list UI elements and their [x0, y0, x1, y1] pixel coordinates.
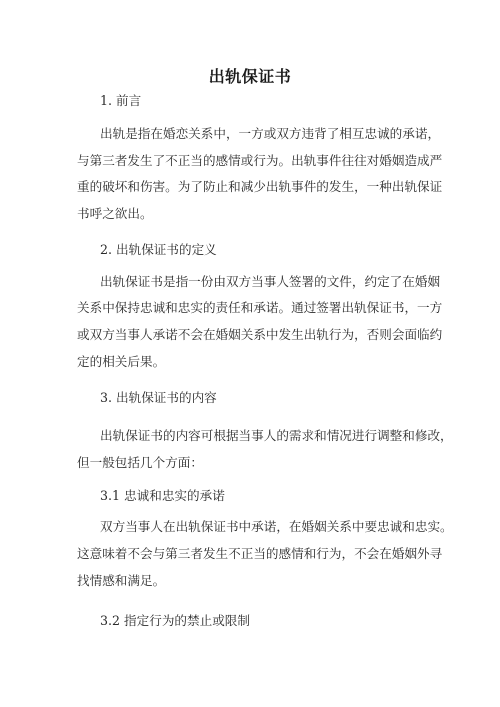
paragraph-line: 定的相关后果。: [77, 354, 165, 370]
section-heading-content: 3. 出轨保证书的内容: [100, 390, 217, 406]
section-heading-definition: 2. 出轨保证书的定义: [100, 242, 217, 258]
document-page: 出轨保证书 1. 前言 出轨是指在婚恋关系中，一方或双方违背了相互忠诚的承诺， …: [0, 0, 500, 707]
subsection-heading-restrictions: 3.2 指定行为的禁止或限制: [100, 613, 250, 629]
paragraph-line: 找情感和满足。: [77, 573, 165, 589]
paragraph-line: 出轨是指在婚恋关系中，一方或双方违背了相互忠诚的承诺，: [100, 126, 440, 142]
paragraph-line: 这意味着不会与第三者发生不正当的感情和行为，不会在婚姻外寻: [77, 546, 442, 562]
paragraph-line: 出轨保证书是指一份由双方当事人签署的文件，约定了在婚姻: [100, 274, 440, 290]
document-title: 出轨保证书: [0, 64, 500, 87]
paragraph-line: 但一般包括几个方面：: [77, 455, 203, 471]
paragraph-line: 出轨保证书的内容可根据当事人的需求和情况进行调整和修改，: [100, 428, 453, 444]
paragraph-line: 书呼之欲出。: [77, 206, 153, 222]
paragraph-line: 双方当事人在出轨保证书中承诺，在婚姻关系中要忠诚和忠实。: [100, 519, 453, 535]
paragraph-line: 与第三者发生了不正当的感情或行为。出轨事件往往对婚姻造成严: [77, 153, 442, 169]
section-heading-intro: 1. 前言: [100, 93, 141, 109]
subsection-heading-loyalty: 3.1 忠诚和忠实的承诺: [100, 488, 225, 504]
paragraph-line: 重的破坏和伤害。为了防止和减少出轨事件的发生，一种出轨保证: [77, 179, 442, 195]
paragraph-line: 关系中保持忠诚和忠实的责任和承诺。通过签署出轨保证书，一方: [77, 300, 442, 316]
paragraph-line: 或双方当事人承诺不会在婚姻关系中发生出轨行为，否则会面临约: [77, 327, 442, 343]
